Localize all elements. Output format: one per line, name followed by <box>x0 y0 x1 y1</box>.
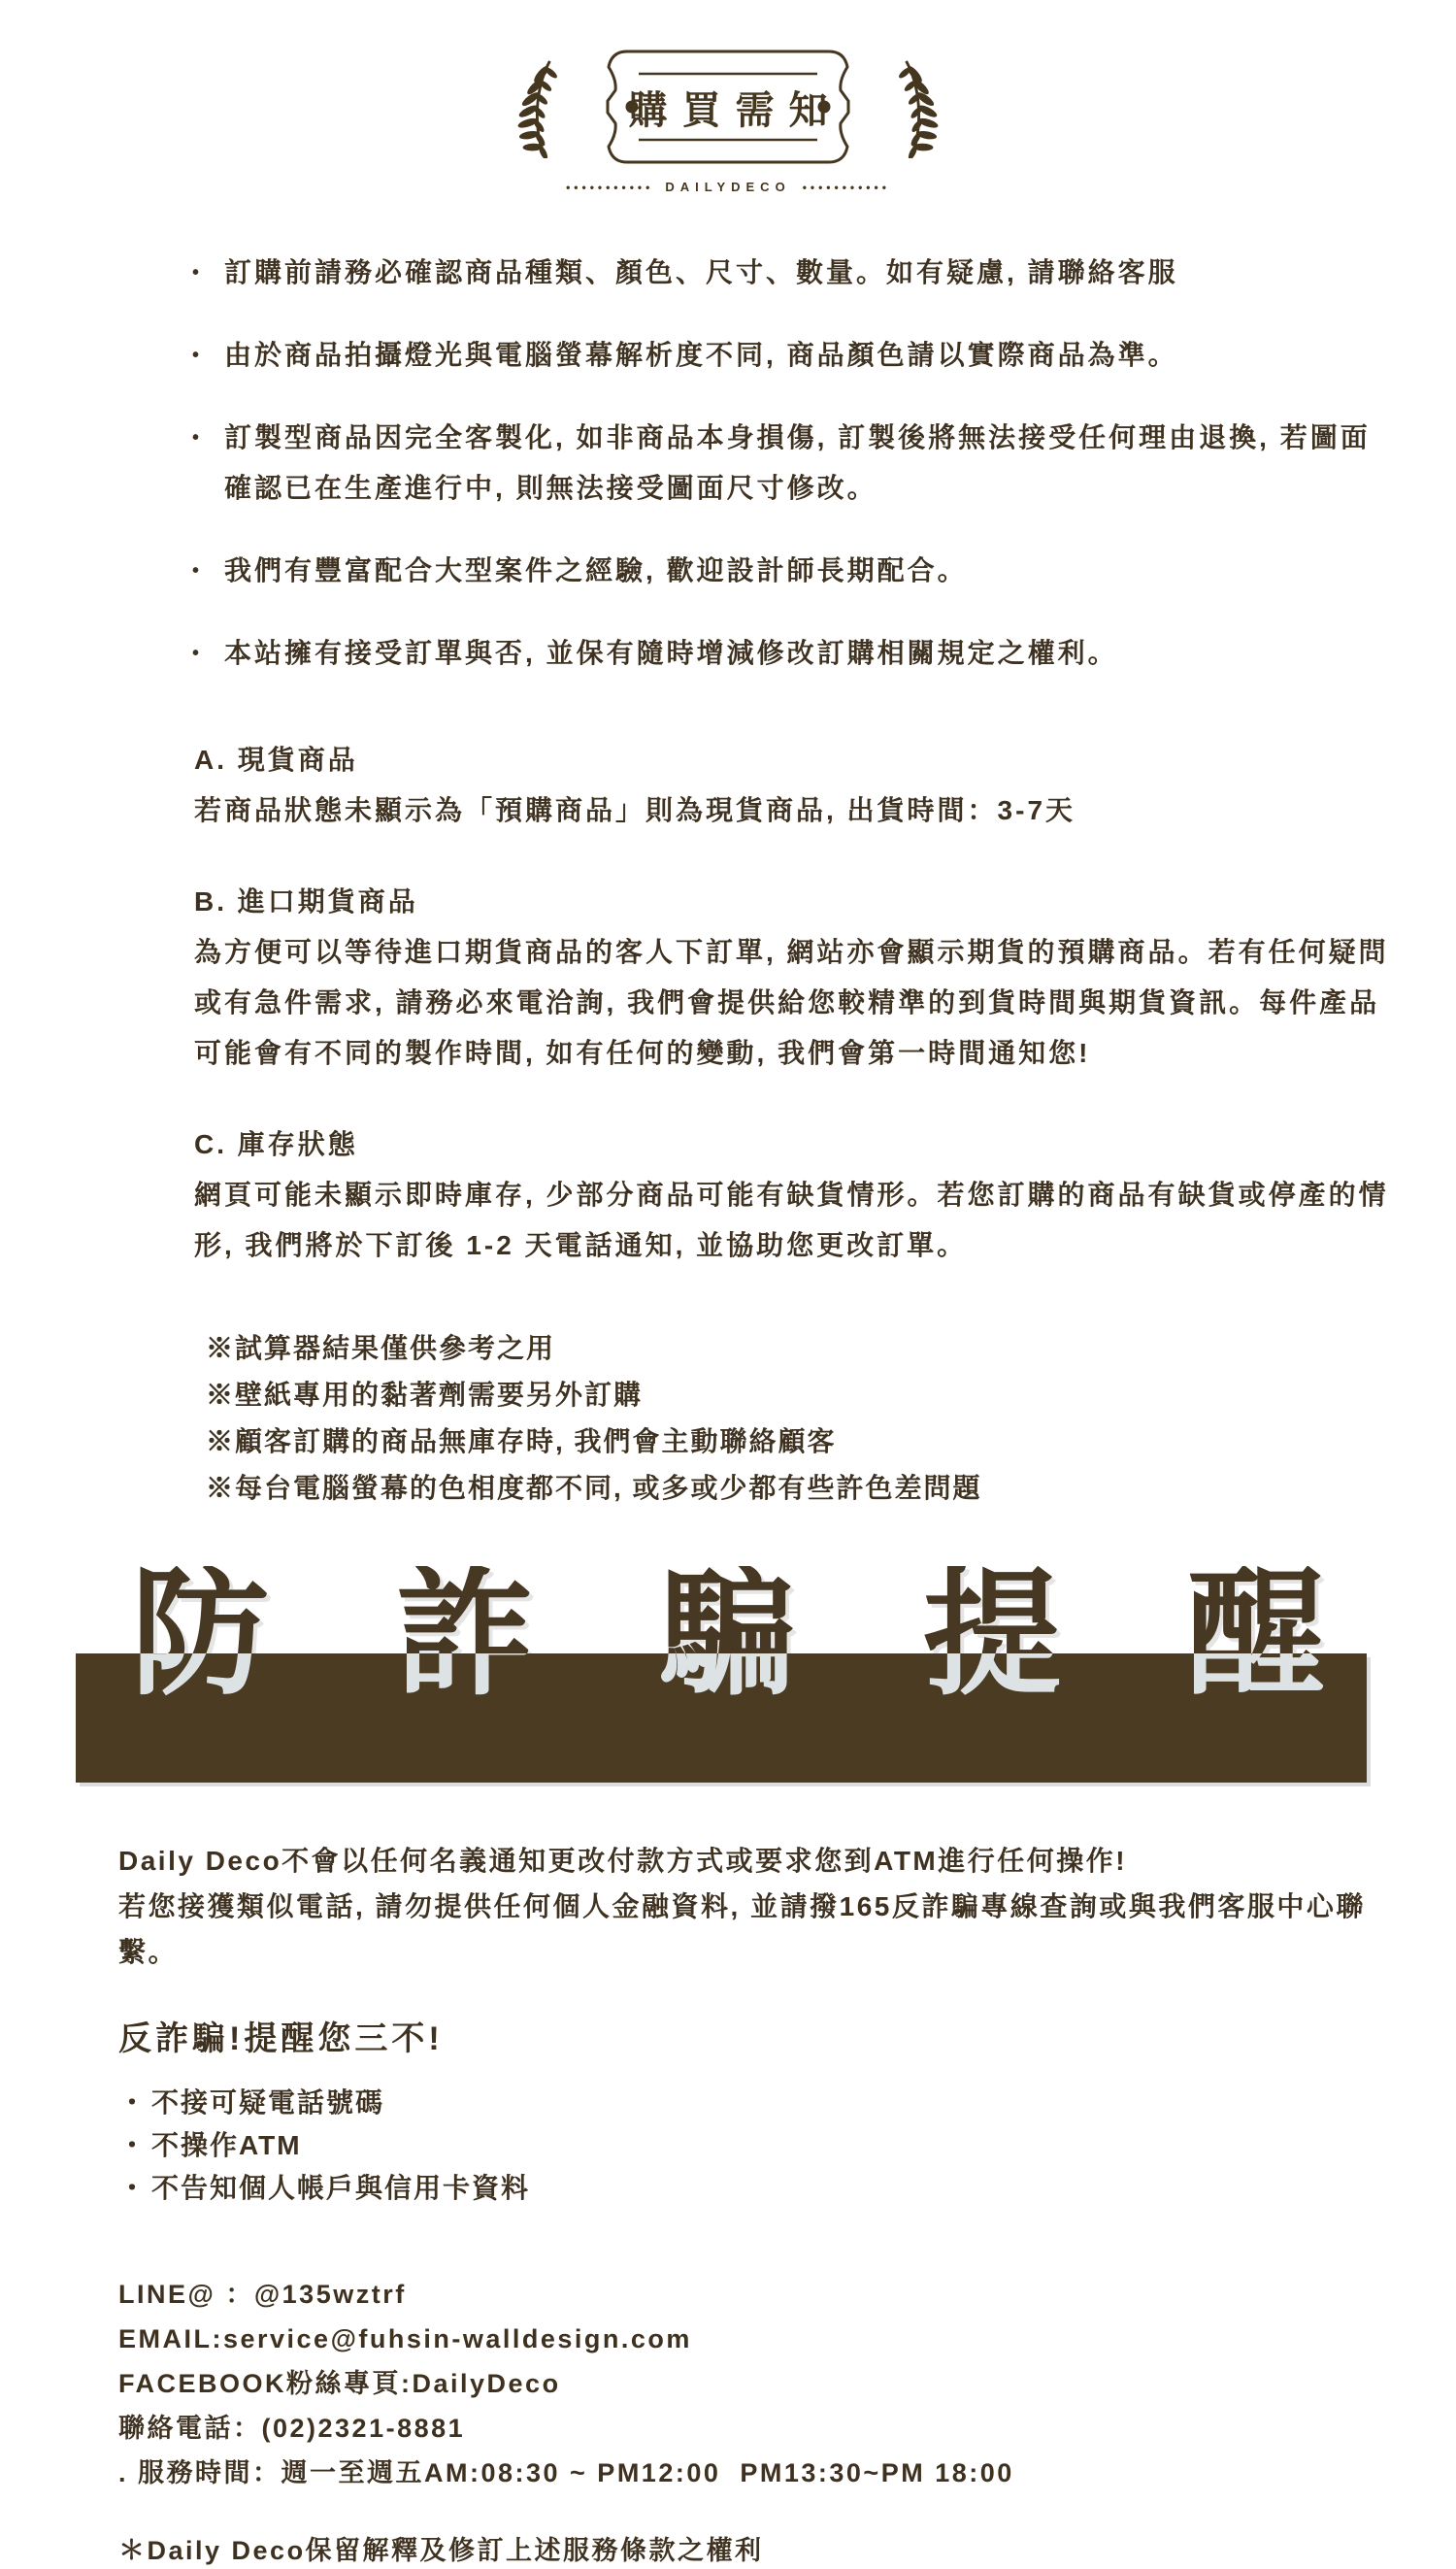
list-item: • 訂製型商品因完全客製化, 如非商品本身損傷, 訂製後將無法接受任何理由退換,… <box>192 413 1388 514</box>
section-body: 若商品狀態未顯示為「預購商品」則為現貨商品, 出貨時間：3-7天 <box>194 785 1398 836</box>
fraud-paragraph: Daily Deco不會以任何名義通知更改付款方式或要求您到ATM進行任何操作! <box>118 1838 1388 1884</box>
list-item: ・ 不接可疑電話號碼 <box>118 2082 1456 2124</box>
section-import-preorder: B. 進口期貨商品 為方便可以等待進口期貨商品的客人下訂單, 網站亦會顯示期貨的… <box>194 877 1398 1079</box>
notice-list: • 訂購前請務必確認商品種類、顏色、尺寸、數量。如有疑慮, 請聯絡客服 • 由於… <box>192 248 1388 679</box>
notice-text: 由於商品拍攝燈光與電腦螢幕解析度不同, 商品顏色請以實際商品為準。 <box>224 330 1178 381</box>
anti-fraud-banner: 防詐騙提醒 防詐騙提醒 <box>0 1558 1456 1809</box>
list-item: ・ 不操作ATM <box>118 2124 1456 2167</box>
fraud-paragraph: 若您接獲類似電話, 請勿提供任何個人金融資料, 並請撥165反詐騙專線查詢或與我… <box>118 1884 1388 1975</box>
section-title: C. 庫存狀態 <box>194 1119 1398 1170</box>
notice-text: 我們有豐富配合大型案件之經驗, 歡迎設計師長期配合。 <box>224 546 968 596</box>
middle-dot-icon: ・ <box>118 2082 148 2124</box>
section-title: B. 進口期貨商品 <box>194 877 1398 927</box>
bullet-icon: • <box>192 546 199 596</box>
bullet-icon: • <box>192 413 199 514</box>
brand-name: DAILYDECO <box>665 181 790 193</box>
brand-row: ••••••••••• DAILYDECO ••••••••••• <box>0 181 1456 193</box>
note-line: ※每台電腦螢幕的色相度都不同, 或多或少都有些許色差問題 <box>206 1465 1398 1512</box>
three-nots-list: ・ 不接可疑電話號碼 ・ 不操作ATM ・ 不告知個人帳戶與信用卡資料 <box>118 2082 1456 2210</box>
section-body: 為方便可以等待進口期貨商品的客人下訂單, 網站亦會顯示期貨的預購商品。若有任何疑… <box>194 927 1398 1079</box>
not-item-text: 不接可疑電話號碼 <box>151 2082 384 2124</box>
middle-dot-icon: ・ <box>118 2167 148 2210</box>
note-line: ※顧客訂購的商品無庫存時, 我們會主動聯絡顧客 <box>206 1418 1398 1465</box>
list-item: • 我們有豐富配合大型案件之經驗, 歡迎設計師長期配合。 <box>192 546 1388 596</box>
note-line: ※試算器結果僅供參考之用 <box>206 1325 1398 1372</box>
dot-leader-right: ••••••••••• <box>803 182 890 193</box>
laurel-right-icon <box>897 55 943 158</box>
purchase-notice-page: 購買需知 ••••••••••• DAILYDECO ••••••••••• <box>0 0 1456 2569</box>
section-title: A. 現貨商品 <box>194 735 1398 785</box>
contact-line-facebook: FACEBOOK粉絲專頁:DailyDeco <box>118 2361 1398 2406</box>
bullet-icon: • <box>192 248 199 298</box>
list-item: • 訂購前請務必確認商品種類、顏色、尺寸、數量。如有疑慮, 請聯絡客服 <box>192 248 1388 298</box>
bullet-icon: • <box>192 330 199 381</box>
asterisk-notes: ※試算器結果僅供參考之用 ※壁紙專用的黏著劑需要另外訂購 ※顧客訂購的商品無庫存… <box>206 1325 1398 1512</box>
section-body: 網頁可能未顯示即時庫存, 少部分商品可能有缺貨情形。若您訂購的商品有缺貨或停產的… <box>194 1170 1398 1271</box>
list-item: ・ 不告知個人帳戶與信用卡資料 <box>118 2167 1456 2210</box>
dot-leader-left: ••••••••••• <box>566 182 653 193</box>
contact-info: LINE@ ：@135wztrf EMAIL:service@fuhsin-wa… <box>118 2272 1398 2495</box>
list-item: • 由於商品拍攝燈光與電腦螢幕解析度不同, 商品顏色請以實際商品為準。 <box>192 330 1388 381</box>
note-line: ※壁紙專用的黏著劑需要另外訂購 <box>206 1372 1398 1418</box>
contact-line-email: EMAIL:service@fuhsin-walldesign.com <box>118 2317 1398 2361</box>
middle-dot-icon: ・ <box>118 2124 148 2167</box>
bullet-icon: • <box>192 628 199 679</box>
notice-text: 訂購前請務必確認商品種類、顏色、尺寸、數量。如有疑慮, 請聯絡客服 <box>224 248 1178 298</box>
title-plaque: 購買需知 <box>577 45 879 169</box>
list-item: • 本站擁有接受訂單與否, 並保有隨時增減修改訂購相關規定之權利。 <box>192 628 1388 679</box>
contact-line-phone: 聯絡電話：(02)2321-8881 <box>118 2406 1398 2451</box>
not-item-text: 不操作ATM <box>151 2124 302 2167</box>
rights-reservation-note: ＊Daily Deco保留解釋及修訂上述服務條款之權利 <box>118 2528 1398 2569</box>
section-in-stock: A. 現貨商品 若商品狀態未顯示為「預購商品」則為現貨商品, 出貨時間：3-7天 <box>194 735 1398 836</box>
contact-line-line: LINE@ ：@135wztrf <box>118 2272 1398 2317</box>
three-nots-heading: 反詐騙!提醒您三不! <box>118 2018 1456 2060</box>
notice-text: 訂製型商品因完全客製化, 如非商品本身損傷, 訂製後將無法接受任何理由退換, 若… <box>224 413 1388 514</box>
notice-text: 本站擁有接受訂單與否, 並保有隨時增減修改訂購相關規定之權利。 <box>224 628 1118 679</box>
page-title: 購買需知 <box>577 45 879 169</box>
stock-sections: A. 現貨商品 若商品狀態未顯示為「預購商品」則為現貨商品, 出貨時間：3-7天… <box>194 735 1398 1271</box>
not-item-text: 不告知個人帳戶與信用卡資料 <box>151 2167 530 2210</box>
page-header: 購買需知 ••••••••••• DAILYDECO ••••••••••• <box>0 0 1456 193</box>
anti-fraud-text: Daily Deco不會以任何名義通知更改付款方式或要求您到ATM進行任何操作!… <box>118 1838 1388 1975</box>
laurel-left-icon <box>513 55 559 158</box>
contact-line-hours: . 服務時間：週一至週五AM:08:30 ~ PM12:00 PM13:30~P… <box>118 2451 1398 2495</box>
section-inventory-status: C. 庫存狀態 網頁可能未顯示即時庫存, 少部分商品可能有缺貨情形。若您訂購的商… <box>194 1119 1398 1271</box>
